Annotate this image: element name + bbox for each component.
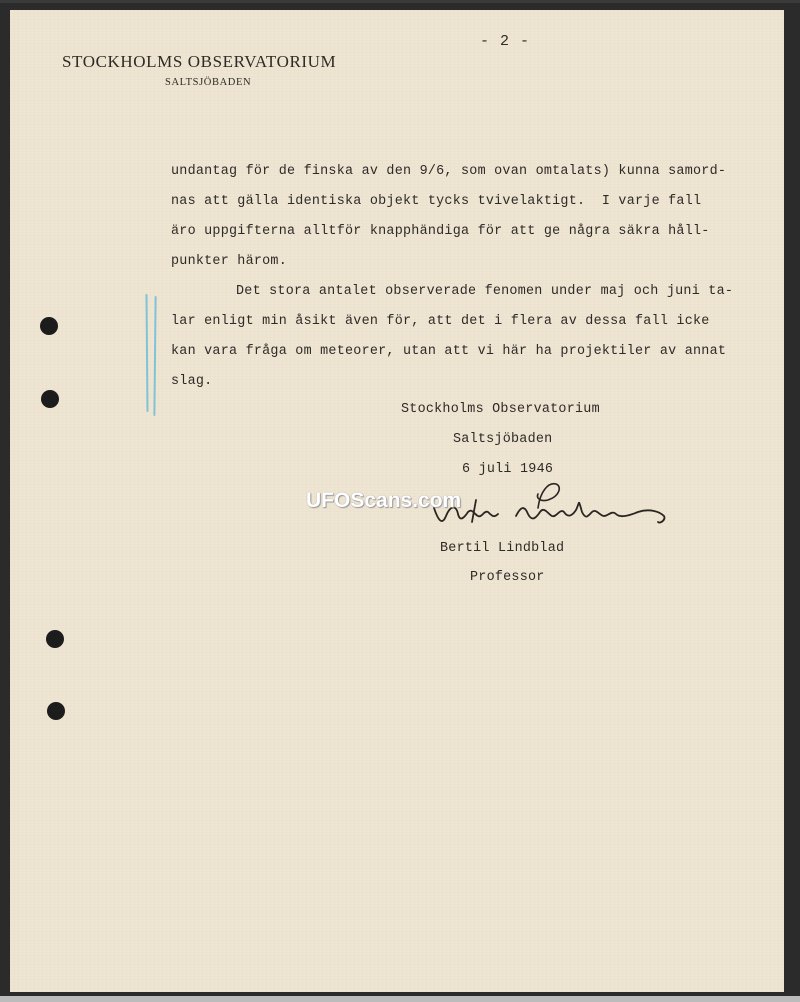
- scan-bottom-edge: [0, 996, 800, 1002]
- signatory-name: Bertil Lindblad: [440, 541, 564, 556]
- punch-hole: [40, 317, 58, 335]
- body-line: punkter härom.: [171, 254, 287, 269]
- punch-hole: [47, 702, 65, 720]
- body-line: lar enligt min åsikt även för, att det i…: [171, 314, 710, 329]
- body-line: Det stora antalet observerade fenomen un…: [236, 284, 733, 299]
- scan-top-edge: [0, 0, 800, 3]
- body-line: äro uppgifterna alltför knapphändiga för…: [171, 224, 710, 239]
- punch-hole: [46, 630, 64, 648]
- signatory-title: Professor: [470, 570, 545, 585]
- body-line: nas att gälla identiska objekt tycks tvi…: [171, 194, 701, 209]
- letterhead-subtitle: SALTSJÖBADEN: [165, 77, 251, 88]
- body-line: kan vara fråga om meteorer, utan att vi …: [171, 344, 726, 359]
- punch-hole: [41, 390, 59, 408]
- body-line: undantag för de finska av den 9/6, som o…: [171, 164, 726, 179]
- closing-institution: Stockholms Observatorium: [401, 402, 600, 417]
- closing-place: Saltsjöbaden: [453, 432, 552, 447]
- signature-icon: [428, 478, 688, 538]
- letterhead-title: STOCKHOLMS OBSERVATORIUM: [62, 52, 336, 72]
- body-line: slag.: [171, 374, 212, 389]
- page-number: - 2 -: [480, 33, 530, 50]
- closing-date: 6 juli 1946: [462, 462, 553, 477]
- watermark: UFOScans.com: [306, 489, 461, 513]
